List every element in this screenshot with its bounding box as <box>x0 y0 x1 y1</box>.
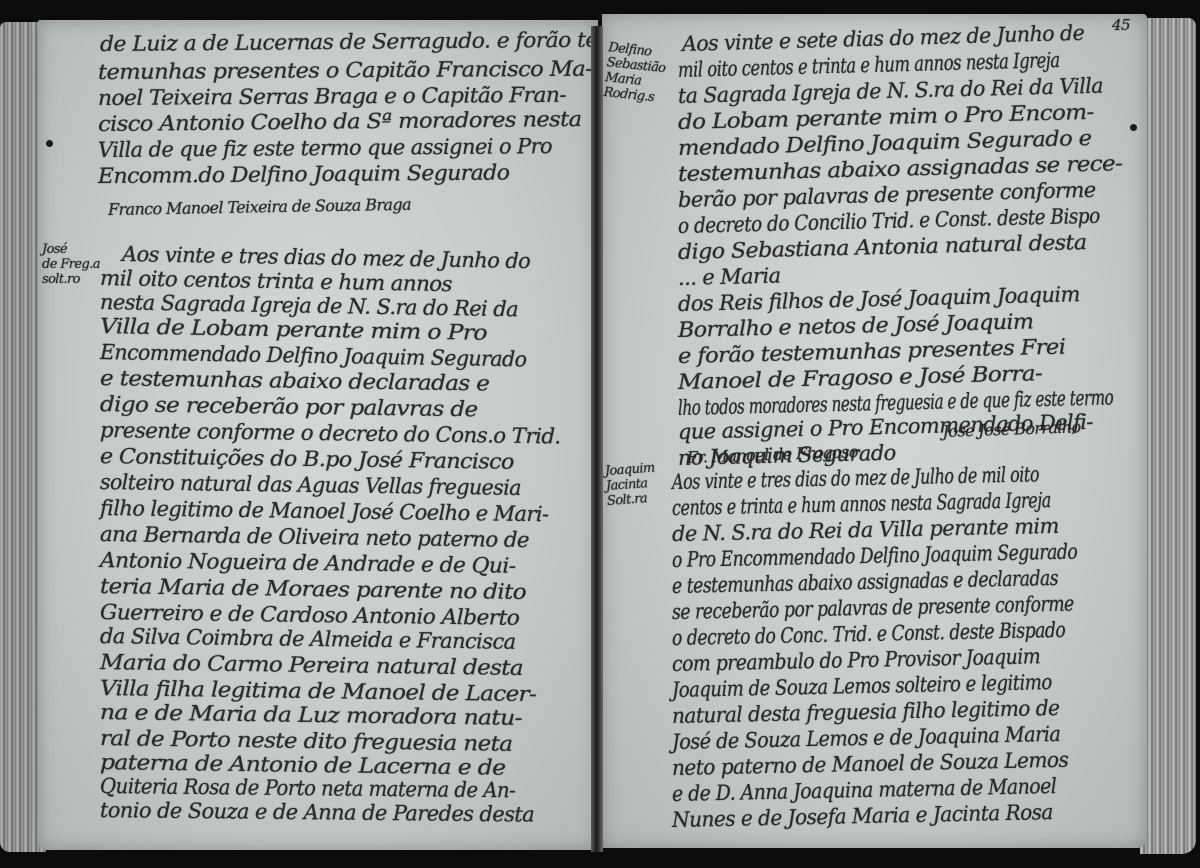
text-line: teria Maria de Moraes parente no dito <box>100 574 526 604</box>
right-page-text: Delfino Sebastião Maria Rodrig.s Aos vin… <box>602 14 1147 848</box>
left-page: de Luiz a de Lucernas de Serragudo. e fo… <box>38 20 598 850</box>
margin-note: Delfino Sebastião Maria Rodrig.s <box>603 40 668 106</box>
text-line: solteiro natural das Aguas Vellas fregue… <box>100 470 521 500</box>
text-line: na e de Maria da Luz moradora natu- <box>100 700 522 730</box>
right-page: 45 Delfino Sebastião Maria Rodrig.s Aos … <box>602 14 1147 848</box>
text-line: e Constituições do B.po José Francisco <box>100 444 514 474</box>
text-line: tonio de Souza e de Anna de Paredes dest… <box>100 798 534 827</box>
left-page-text: de Luiz a de Lucernas de Serragudo. e fo… <box>38 20 598 850</box>
text-line: Encomm.do Delfino Joaquim Segurado <box>98 160 509 188</box>
text-line: Maria do Carmo Pereira natural desta <box>100 650 523 680</box>
text-line: noel Teixeira Serras Braga e o Capitão F… <box>98 83 566 110</box>
open-book: de Luiz a de Lucernas de Serragudo. e fo… <box>0 0 1200 868</box>
text-line: Villa de que fiz este termo que assignei… <box>98 134 552 162</box>
text-line: temunhas presentes o Capitão Francisco M… <box>98 57 592 84</box>
book-gutter <box>591 26 603 852</box>
text-line: ana Bernarda de Oliveira neto paterno de <box>100 522 529 552</box>
text-line: Antonio Nogueira de Andrade e de Qui- <box>100 548 516 578</box>
text-line: ... e Maria <box>678 263 781 289</box>
signature-line: Franco Manoel Teixeira de Souza Braga <box>108 195 411 219</box>
text-line: de Luiz a de Lucernas de Serragudo. e fo… <box>100 28 605 56</box>
signature: Jose José Borralho <box>942 417 1081 441</box>
text-line: filho legitimo de Manoel José Coelho e M… <box>100 496 549 526</box>
text-line: cisco Antonio Coelho da Sª moradores nes… <box>98 107 582 136</box>
right-page-edges <box>1140 18 1196 854</box>
text-line: da Silva Coimbra de Almeida e Francisca <box>100 624 516 654</box>
text-line: digo se receberão por palavras de <box>100 392 478 421</box>
text-line: presente conforme o decreto do Cons.o Tr… <box>100 418 561 448</box>
text-line: e testemunhas abaixo declaradas e <box>100 366 490 395</box>
text-line: Nunes e de Josefa Maria e Jacinta Rosa <box>672 800 1053 832</box>
margin-note: José de Freg.a solt.ro <box>42 242 100 287</box>
margin-note: Joaquim Jacinta Solt.ra <box>604 461 657 509</box>
